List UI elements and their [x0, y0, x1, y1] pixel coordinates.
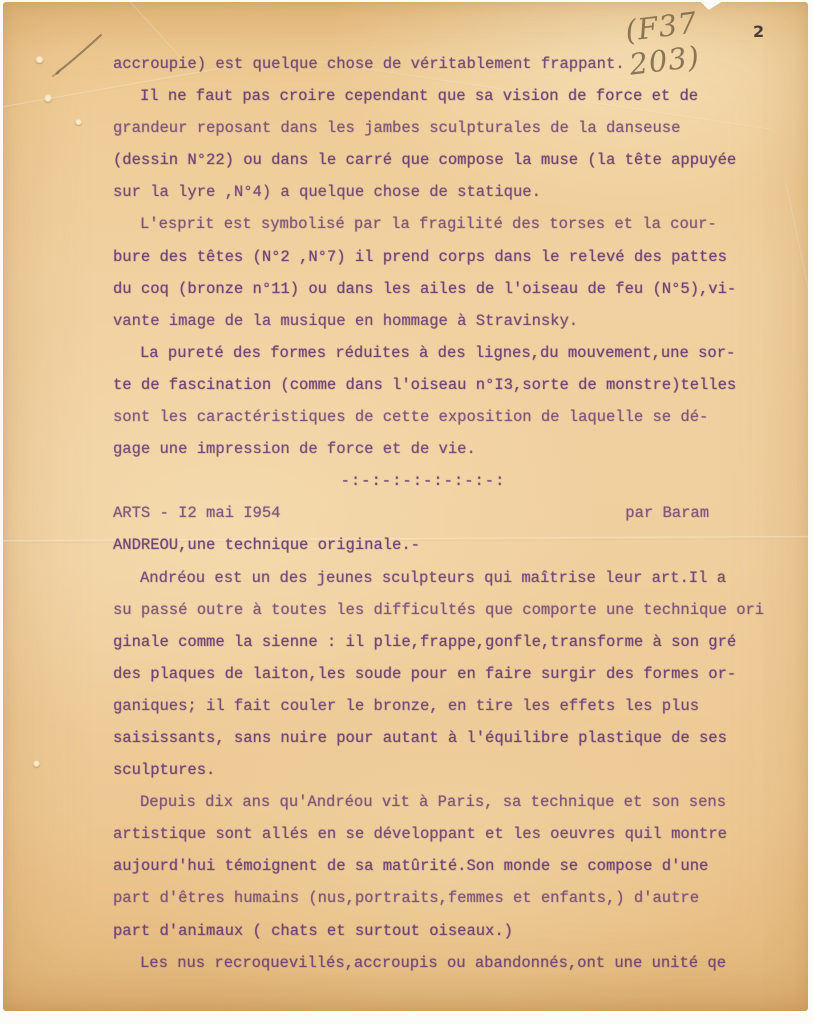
text-line: Andréou est un des jeunes sculpteurs qui…: [113, 562, 781, 594]
text-line: su passé outre à toutes les difficultés …: [113, 594, 781, 626]
section-divider: -:-:-:-:-:-:-:-:: [113, 465, 781, 497]
text-line: La pureté des formes réduites à des lign…: [113, 337, 781, 369]
page-number: 2: [753, 22, 764, 41]
text-line: grandeur reposant dans les jambes sculpt…: [113, 112, 781, 144]
text-line: du coq (bronze n°11) ou dans les ailes d…: [113, 273, 781, 305]
byline-row: ARTS - I2 mai I954 par Baram: [113, 497, 781, 529]
text-line: te de fascination (comme dans l'oiseau n…: [113, 369, 781, 401]
text-line: accroupie) est quelque chose de véritabl…: [113, 48, 781, 80]
text-line: aujourd'hui témoignent de sa matûrité.So…: [113, 850, 781, 882]
text-line: Les nus recroquevillés,accroupis ou aban…: [113, 947, 781, 979]
paper-damage-speck: [44, 94, 52, 102]
pencil-mark: [49, 30, 107, 80]
text-line: artistique sont allés en se développant …: [113, 818, 781, 850]
byline: par Baram: [625, 497, 709, 529]
paper-damage-speck: [35, 56, 44, 63]
text-line: vante image de la musique en hommage à S…: [113, 305, 781, 337]
text-line: ganiques; il fait couler le bronze, en t…: [113, 690, 781, 722]
text-line: gage une impression de force et de vie.: [113, 433, 781, 465]
text-line: part d'animaux ( chats et surtout oiseau…: [113, 915, 781, 947]
text-line: Il ne faut pas croire cependant que sa v…: [113, 80, 781, 112]
text-line: bure des têtes (N°2 ,N°7) il prend corps…: [113, 241, 781, 273]
text-line: sur la lyre ,N°4) a quelque chose de sta…: [113, 176, 781, 208]
date-heading: ARTS - I2 mai I954: [113, 497, 280, 529]
text-line: ginale comme la sienne : il plie,frappe,…: [113, 626, 781, 658]
text-line: des plaques de laiton,les soude pour en …: [113, 658, 781, 690]
paper-sheet: (F37 203) 2 accroupie) est quelque chose…: [3, 2, 808, 1011]
text-line: sculptures.: [113, 754, 781, 786]
paper-damage-speck: [75, 119, 82, 125]
paper-crease: [785, 184, 808, 302]
text-line: sont les caractéristiques de cette expos…: [113, 401, 781, 433]
text-line: Depuis dix ans qu'Andréou vit à Paris, s…: [113, 786, 781, 818]
article-title: ANDREOU,une technique originale.-: [113, 529, 781, 561]
text-line: L'esprit est symbolisé par la fragilité …: [113, 208, 781, 240]
text-line: part d'êtres humains (nus,portraits,femm…: [113, 882, 781, 914]
torn-edge-notch: [697, 2, 725, 10]
paper-damage-speck: [33, 760, 40, 767]
text-line: (dessin N°22) ou dans le carré que compo…: [113, 144, 781, 176]
text-line: saisissants, sans nuire pour autant à l'…: [113, 722, 781, 754]
typewritten-text: accroupie) est quelque chose de véritabl…: [113, 48, 781, 979]
